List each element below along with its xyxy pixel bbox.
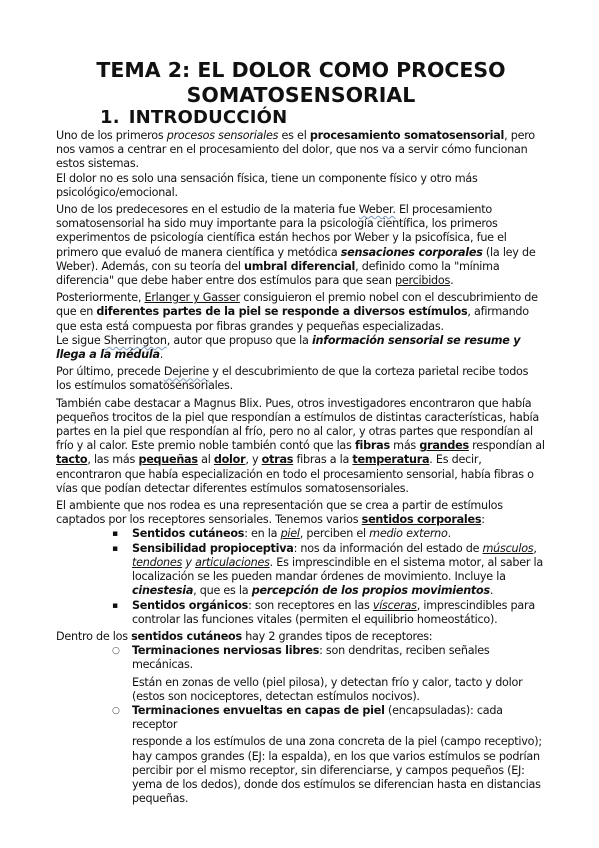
text: Le sigue: [56, 334, 104, 347]
italic-text: procesos sensoriales: [167, 129, 279, 142]
underlined-name-erlanger-gasser: Erlanger y Gasser: [145, 291, 240, 304]
text: , perciben el: [300, 527, 369, 540]
square-bullet-icon: ▪: [112, 527, 118, 541]
list-item-continuation: responde a los estímulos de una zona con…: [132, 735, 546, 806]
text: respondían al: [469, 439, 545, 452]
document-title: TEMA 2: EL DOLOR COMO PROCESO SOMATOSENS…: [56, 58, 546, 108]
bold-text: diferentes partes de la piel se responde…: [96, 305, 467, 318]
bold-italic-text: cinestesia: [132, 584, 193, 597]
italic-underlined-text: tendones: [132, 556, 182, 569]
bold-text: procesamiento somatosensorial: [310, 129, 504, 142]
receptors-list: ○ Terminaciones nerviosas libres: son de…: [56, 644, 546, 806]
square-bullet-icon: ▪: [112, 599, 118, 613]
text: más: [390, 439, 419, 452]
text: Uno de los predecesores en el estudio de…: [56, 203, 359, 216]
bold-underlined-text: sentidos corporales: [362, 513, 482, 526]
list-term: Sentidos orgánicos: [132, 599, 248, 612]
list-term: Terminaciones nerviosas libres: [132, 644, 319, 657]
bold-text: umbral diferencial: [244, 260, 355, 273]
text: Uno de los primeros: [56, 129, 167, 142]
bold-italic-text: percepción de los propios movimientos: [252, 584, 490, 597]
senses-list: ▪ Sentidos cutáneos: en la piel, percibe…: [56, 527, 546, 626]
circle-bullet-icon: ○: [112, 644, 120, 658]
text: .: [450, 274, 453, 287]
bold-underlined-text: dolor: [214, 453, 245, 466]
list-term: Terminaciones envueltas en capas de piel: [132, 704, 385, 717]
list-item: ▪ Sensibilidad propioceptiva: nos da inf…: [132, 542, 546, 599]
paragraph-4: Posteriormente, Erlanger y Gasser consig…: [56, 291, 546, 334]
text: ,: [533, 542, 536, 555]
paragraph-1: Uno de los primeros procesos sensoriales…: [56, 129, 546, 172]
paragraph-6: Por último, precede Dejerine y el descub…: [56, 365, 546, 393]
bold-underlined-text: temperatura: [352, 453, 429, 466]
text: :: [481, 513, 485, 526]
text: Por último, precede: [56, 365, 164, 378]
bold-underlined-text: tacto: [56, 453, 87, 466]
circle-bullet-icon: ○: [112, 704, 120, 718]
text: .: [448, 527, 451, 540]
list-item: ○ Terminaciones envueltas en capas de pi…: [132, 704, 546, 806]
italic-underlined-text: músculos: [483, 542, 534, 555]
text: .: [160, 348, 163, 361]
text: : nos da información del estado de: [294, 542, 483, 555]
bold-underlined-text: pequeñas: [138, 453, 197, 466]
italic-underlined-text: articulaciones: [195, 556, 270, 569]
bold-italic-text: sensaciones corporales: [341, 246, 483, 259]
spellcheck-word-weber[interactable]: Weber.: [359, 203, 396, 216]
bold-text: fibras: [355, 439, 390, 452]
list-item: ▪ Sentidos orgánicos: son receptores en …: [132, 599, 546, 627]
spellcheck-word-sherrington[interactable]: Sherrington: [104, 334, 167, 347]
paragraph-9: Dentro de los sentidos cutáneos hay 2 gr…: [56, 630, 546, 644]
text: : son receptores en las: [248, 599, 373, 612]
title-line-1: TEMA 2: EL DOLOR COMO PROCESO: [96, 58, 505, 82]
square-bullet-icon: ▪: [112, 542, 118, 556]
bold-underlined-text: otras: [262, 453, 294, 466]
spellcheck-word-dejerine[interactable]: Dejerine: [164, 365, 209, 378]
paragraph-3: Uno de los predecesores en el estudio de…: [56, 203, 546, 288]
list-item: ▪ Sentidos cutáneos: en la piel, percibe…: [132, 527, 546, 541]
list-term: Sentidos cutáneos: [132, 527, 244, 540]
paragraph-5: Le sigue Sherrington, autor que propuso …: [56, 334, 546, 362]
section-heading: 1.INTRODUCCIÓN: [56, 108, 546, 128]
section-number: 1.: [100, 107, 120, 128]
underlined-text: percibidos: [395, 274, 450, 287]
list-term: Sensibilidad propioceptiva: [132, 542, 294, 555]
paragraph-8: El ambiente que nos rodea es una represe…: [56, 499, 546, 527]
text: , y: [245, 453, 261, 466]
text: , que es la: [193, 584, 252, 597]
text: Posteriormente,: [56, 291, 145, 304]
italic-underlined-text: piel: [281, 527, 300, 540]
text: hay 2 grandes tipos de receptores:: [242, 630, 432, 643]
text: Dentro de los: [56, 630, 131, 643]
italic-text: medio externo: [369, 527, 447, 540]
document-page: TEMA 2: EL DOLOR COMO PROCESO SOMATOSENS…: [56, 58, 546, 806]
bold-text: sentidos cutáneos: [131, 630, 242, 643]
text: : en la: [244, 527, 280, 540]
italic-underlined-text: vísceras: [373, 599, 417, 612]
title-line-2: SOMATOSENSORIAL: [187, 83, 416, 107]
text: .: [490, 584, 493, 597]
list-item-continuation: Están en zonas de vello (piel pilosa), y…: [132, 676, 546, 704]
italic-text: y: [182, 556, 195, 569]
bold-underlined-text: grandes: [419, 439, 469, 452]
text: fibras a la: [293, 453, 352, 466]
text: al: [198, 453, 214, 466]
list-item: ○ Terminaciones nerviosas libres: son de…: [132, 644, 546, 704]
text: es el: [278, 129, 310, 142]
paragraph-7: También cabe destacar a Magnus Blix. Pue…: [56, 397, 546, 496]
paragraph-2: El dolor no es solo una sensación física…: [56, 172, 546, 200]
section-title: INTRODUCCIÓN: [129, 107, 288, 128]
text: , autor que propuso que la: [167, 334, 312, 347]
text: , las más: [87, 453, 138, 466]
